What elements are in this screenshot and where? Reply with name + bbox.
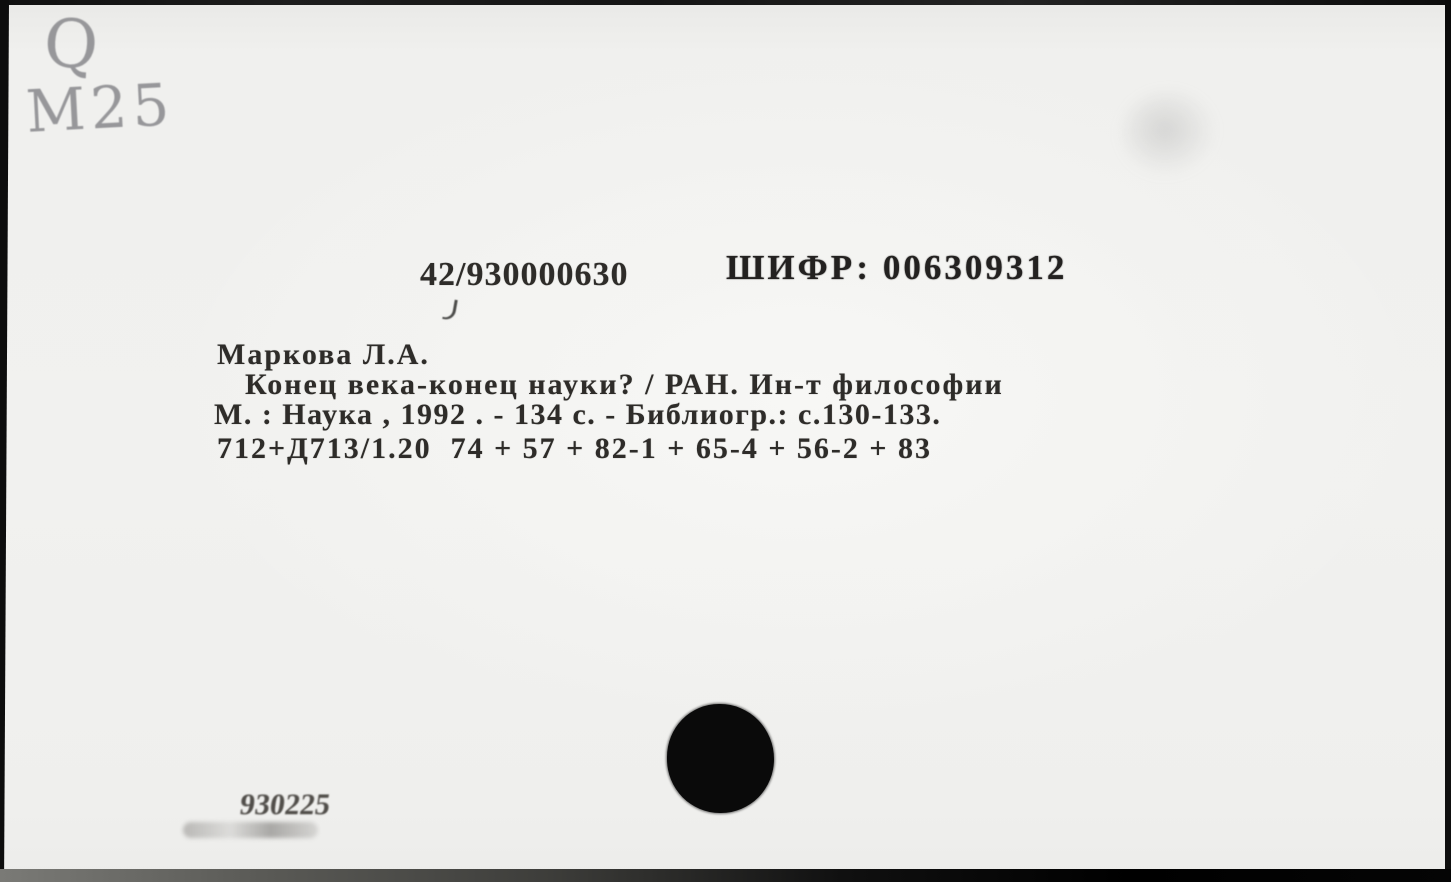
cipher-code: ШИФР: 006309312	[726, 248, 1067, 288]
stamp-smudge	[183, 822, 318, 838]
index-formula-line: 712+Д713/1.20 74 + 57 + 82-1 + 65-4 + 56…	[217, 432, 932, 466]
catalog-card-scan: Q М25 42/930000630 ШИФР: 006309312 Марко…	[0, 0, 1451, 882]
handwritten-author-mark: М25	[24, 70, 176, 146]
handwritten-class-mark: Q	[42, 5, 100, 85]
hole-punch	[667, 704, 774, 813]
scan-edge-bottom	[0, 869, 1451, 882]
date-stamp: 930225	[238, 788, 333, 822]
accession-number: 42/930000630	[420, 256, 628, 294]
cipher-label: ШИФР:	[726, 248, 871, 287]
scan-smudge	[1122, 92, 1217, 177]
title-statement: Конец века-конец науки? / РАН. Ин-т фило…	[245, 368, 1004, 402]
pen-tick-mark	[442, 298, 457, 321]
cipher-value: 006309312	[883, 248, 1068, 287]
scan-edge-right	[1445, 0, 1451, 882]
imprint-line: М. : Наука , 1992 . - 134 с. - Библиогр.…	[214, 398, 941, 432]
cipher-spacer	[871, 248, 883, 287]
scan-edge-top	[0, 0, 1451, 5]
scan-edge-left	[0, 0, 9, 882]
author-heading: Маркова Л.А.	[217, 338, 430, 372]
